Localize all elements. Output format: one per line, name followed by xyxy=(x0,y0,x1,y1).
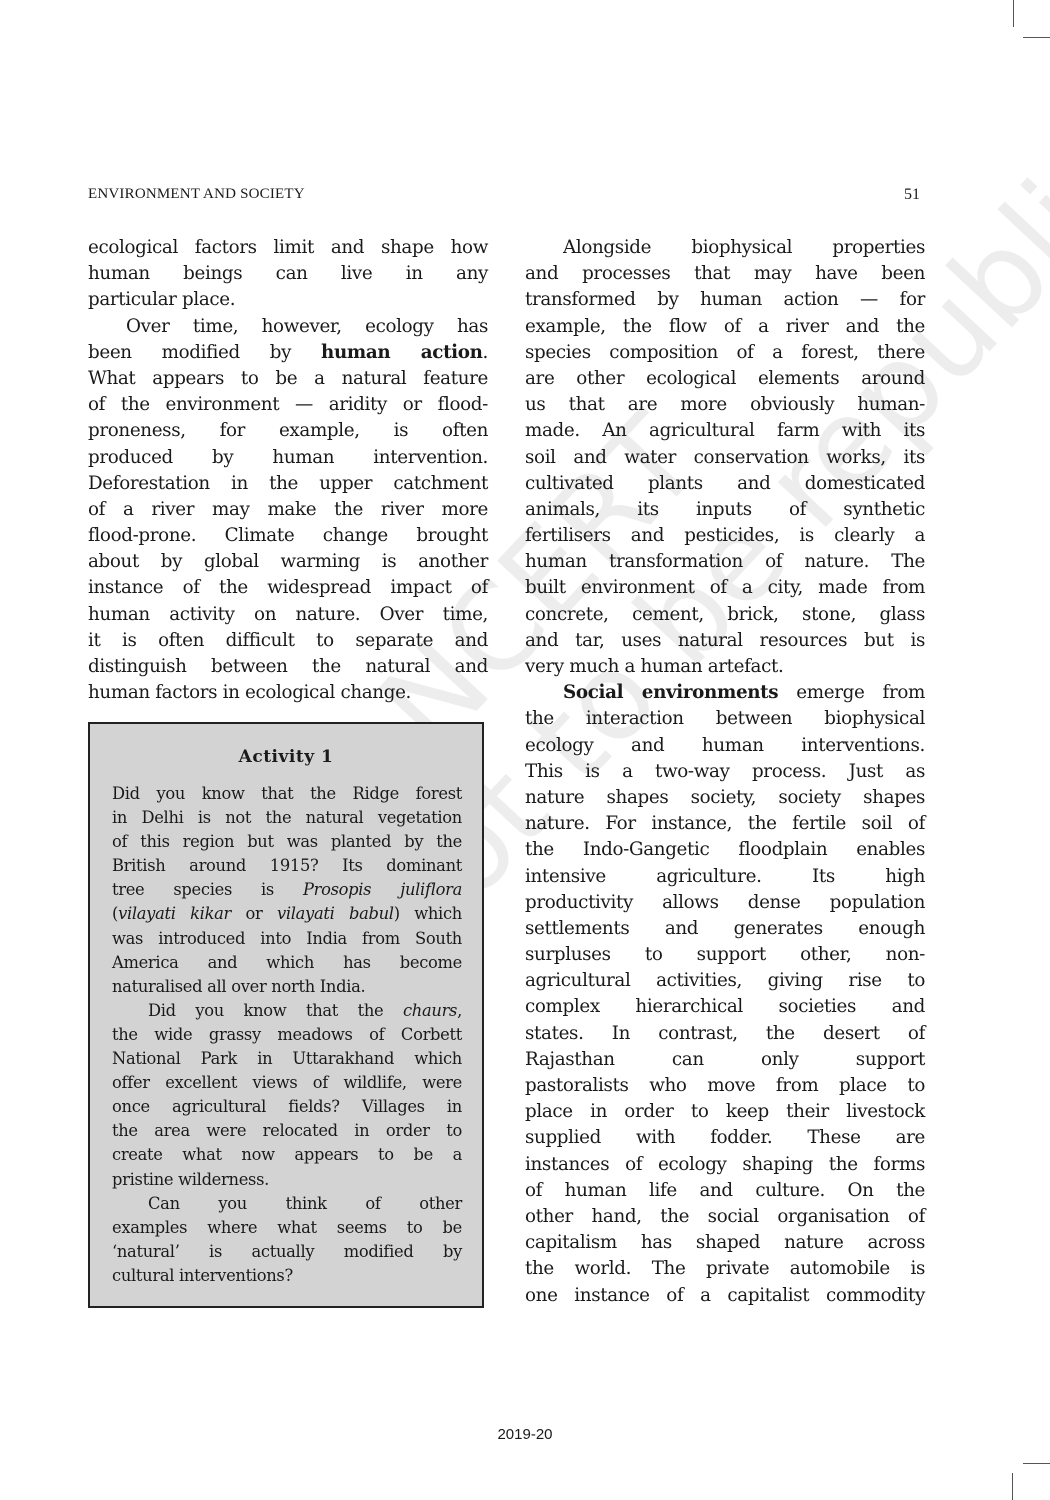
text-line: the Indo-Gangetic floodplain enables xyxy=(525,837,925,863)
crop-mark-top-horizontal xyxy=(1023,37,1050,38)
text-line: flood-prone. Climate change brought xyxy=(88,523,488,549)
text-line: and processes that may have been xyxy=(525,261,925,287)
text-line: Deforestation in the upper catchment xyxy=(88,471,488,497)
text-line: the interaction between biophysical xyxy=(525,706,925,732)
text-line: Alongside biophysical properties xyxy=(525,235,925,261)
text-line: capitalism has shaped nature across xyxy=(525,1230,925,1256)
text-line: transformed by human action — for xyxy=(525,287,925,313)
key-term-social-environments: Social environments xyxy=(563,682,778,703)
text-line: the world. The private automobile is xyxy=(525,1256,925,1282)
text-line: agricultural activities, giving rise to xyxy=(525,968,925,994)
text-line: species composition of a forest, there xyxy=(525,340,925,366)
species-name: Prosopis juliflora xyxy=(303,880,462,899)
text-line: particular place. xyxy=(88,287,488,313)
text-line: the wide grassy meadows of Corbett xyxy=(112,1023,462,1047)
text-line: of human life and culture. On the xyxy=(525,1178,925,1204)
text-line: Can you think of other xyxy=(112,1192,462,1216)
text-line: of the environment — aridity or flood- xyxy=(88,392,488,418)
text-line: human beings can live in any xyxy=(88,261,488,287)
text-line: are other ecological elements around xyxy=(525,366,925,392)
text-line: create what now appears to be a xyxy=(112,1143,462,1167)
text-line: one instance of a capitalist commodity xyxy=(525,1283,925,1309)
crop-mark-bottom-horizontal xyxy=(1023,1463,1050,1464)
text-line: very much a human artefact. xyxy=(525,654,925,680)
text-line: fertilisers and pesticides, is clearly a xyxy=(525,523,925,549)
text-line: nature shapes society, society shapes xyxy=(525,785,925,811)
text-line: Over time, however, ecology has xyxy=(88,314,488,340)
text-line: us that are more obviously human- xyxy=(525,392,925,418)
text-line: it is often difficult to separate and xyxy=(88,628,488,654)
text-line: instances of ecology shaping the forms xyxy=(525,1152,925,1178)
text-line: supplied with fodder. These are xyxy=(525,1125,925,1151)
text-line: surpluses to support other, non- xyxy=(525,942,925,968)
text-line: been modified by human action. xyxy=(88,340,488,366)
text-line: tree species is Prosopis juliflora xyxy=(112,878,462,902)
text-line: nature. For instance, the fertile soil o… xyxy=(525,811,925,837)
text-line: ecological factors limit and shape how xyxy=(88,235,488,261)
text-line: complex hierarchical societies and xyxy=(525,994,925,1020)
crop-mark-bottom-vertical xyxy=(1012,1473,1013,1500)
text-line: states. In contrast, the desert of xyxy=(525,1021,925,1047)
text-line: of a river may make the river more xyxy=(88,497,488,523)
text-line: distinguish between the natural and xyxy=(88,654,488,680)
text-line: This is a two-way process. Just as xyxy=(525,759,925,785)
text-line: place in order to keep their livestock xyxy=(525,1099,925,1125)
text-line: produced by human intervention. xyxy=(88,445,488,471)
text-line: animals, its inputs of synthetic xyxy=(525,497,925,523)
text-line: (vilayati kikar or vilayati babul) which xyxy=(112,902,462,926)
activity-title: Activity 1 xyxy=(90,747,482,767)
activity-body: Did you know that the Ridge forest in De… xyxy=(112,782,462,1288)
right-column: Alongside biophysical properties and pro… xyxy=(525,235,925,1309)
text-line: settlements and generates enough xyxy=(525,916,925,942)
text-line: Did you know that the chaurs, xyxy=(112,999,462,1023)
text-line: human factors in ecological change. xyxy=(88,680,488,706)
text-line: What appears to be a natural feature xyxy=(88,366,488,392)
text-line: concrete, cement, brick, stone, glass xyxy=(525,602,925,628)
text-line: human activity on nature. Over time, xyxy=(88,602,488,628)
text-line: naturalised all over north India. xyxy=(112,975,462,999)
text-line: offer excellent views of wildlife, were xyxy=(112,1071,462,1095)
text-line: once agricultural fields? Villages in xyxy=(112,1095,462,1119)
text-line: of this region but was planted by the xyxy=(112,830,462,854)
text-line: Did you know that the Ridge forest xyxy=(112,782,462,806)
text-line: was introduced into India from South xyxy=(112,927,462,951)
text-line: cultivated plants and domesticated xyxy=(525,471,925,497)
text-line: and tar, uses natural resources but is xyxy=(525,628,925,654)
text-line: instance of the widespread impact of xyxy=(88,575,488,601)
text-line: Social environments emerge from xyxy=(525,680,925,706)
text-line: British around 1915? Its dominant xyxy=(112,854,462,878)
text-line: productivity allows dense population xyxy=(525,890,925,916)
text-line: about by global warming is another xyxy=(88,549,488,575)
text-line: cultural interventions? xyxy=(112,1264,462,1288)
running-head: ENVIRONMENT AND SOCIETY xyxy=(88,186,305,203)
activity-box: Activity 1 Did you know that the Ridge f… xyxy=(88,722,484,1308)
text-line: in Delhi is not the natural vegetation xyxy=(112,806,462,830)
text-line: Rajasthan can only support xyxy=(525,1047,925,1073)
text-line: soil and water conservation works, its xyxy=(525,445,925,471)
text-line: human transformation of nature. The xyxy=(525,549,925,575)
footer-year: 2019-20 xyxy=(0,1426,1050,1443)
text-line: other hand, the social organisation of xyxy=(525,1204,925,1230)
text-line: pastoralists who move from place to xyxy=(525,1073,925,1099)
crop-mark-top-vertical xyxy=(1013,0,1014,27)
text-line: pristine wilderness. xyxy=(112,1168,462,1192)
text-line: examples where what seems to be xyxy=(112,1216,462,1240)
text-line: ecology and human interventions. xyxy=(525,733,925,759)
text-line: America and which has become xyxy=(112,951,462,975)
text-line: ‘natural’ is actually modified by xyxy=(112,1240,462,1264)
key-term-human-action: human action xyxy=(321,342,483,363)
text-line: the area were relocated in order to xyxy=(112,1119,462,1143)
text-line: made. An agricultural farm with its xyxy=(525,418,925,444)
text-line: built environment of a city, made from xyxy=(525,575,925,601)
text-line: proneness, for example, is often xyxy=(88,418,488,444)
page-number: 51 xyxy=(904,186,920,204)
left-column: ecological factors limit and shape how h… xyxy=(88,235,488,706)
text-line: National Park in Uttarakhand which xyxy=(112,1047,462,1071)
text-line: intensive agriculture. Its high xyxy=(525,864,925,890)
text-line: example, the flow of a river and the xyxy=(525,314,925,340)
